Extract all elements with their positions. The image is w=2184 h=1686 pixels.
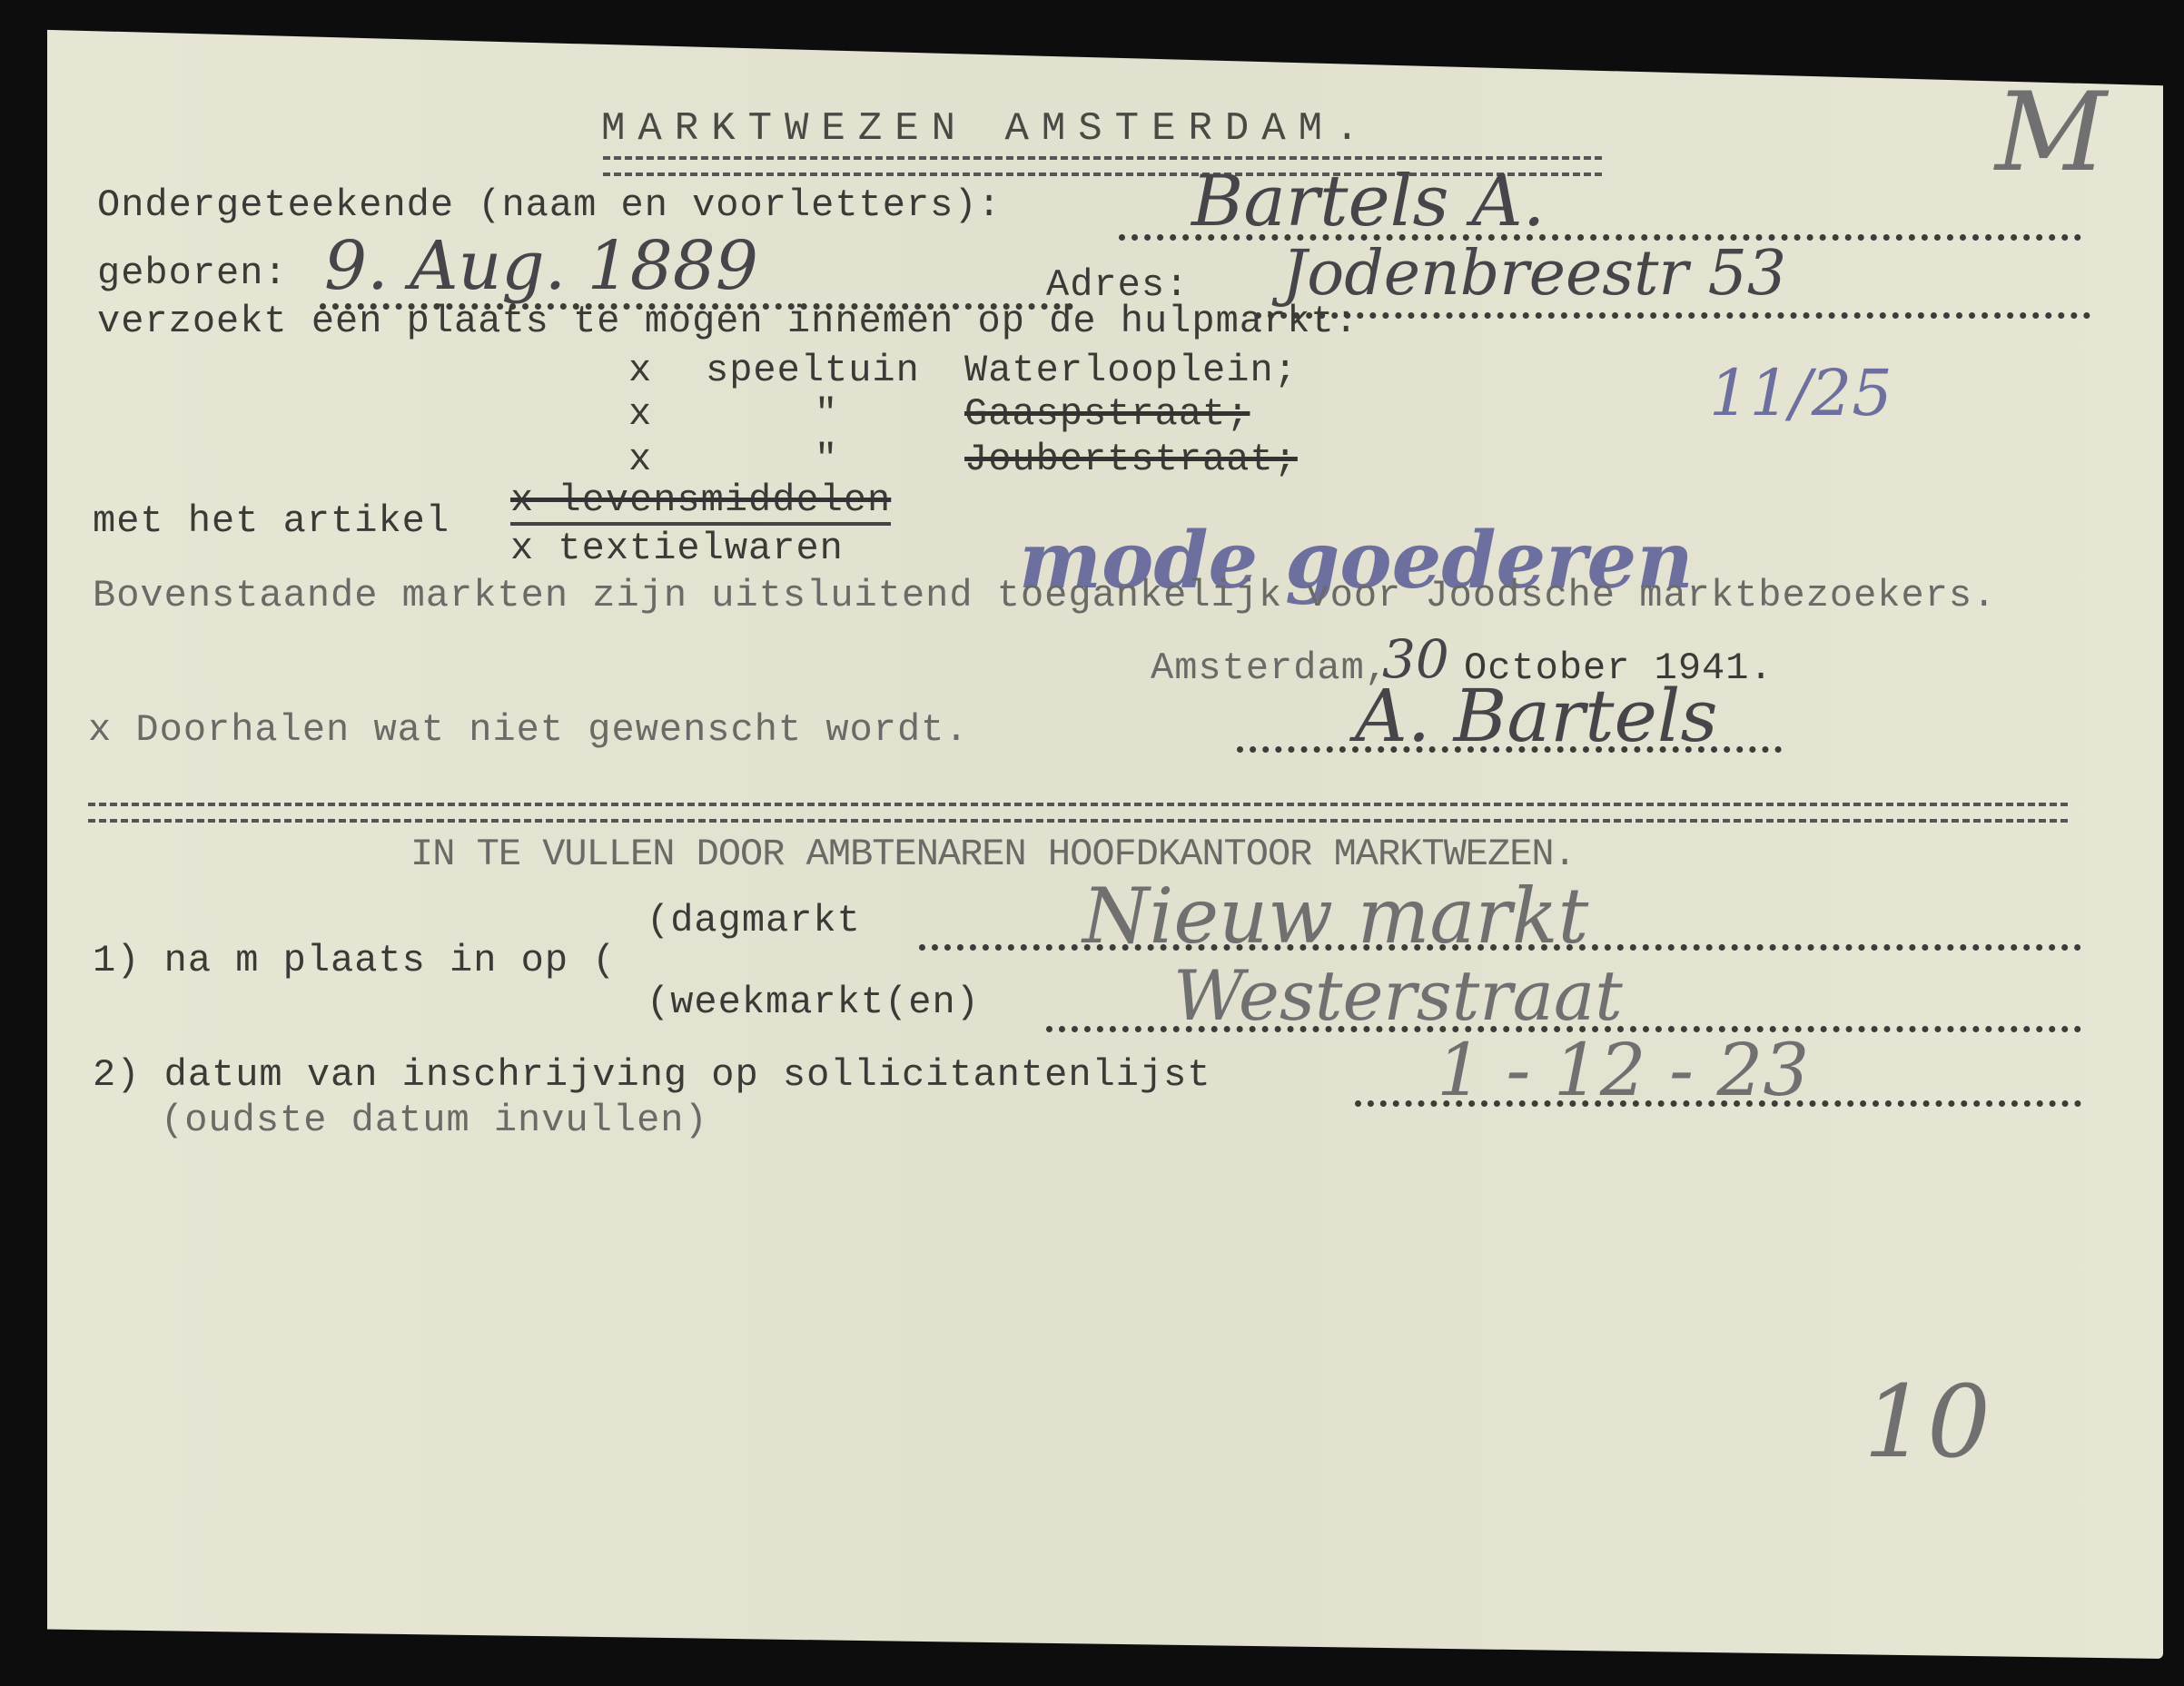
- place-label: Amsterdam,: [1151, 646, 1388, 690]
- market-mark-3: x: [628, 438, 652, 481]
- born-value: 9. Aug. 1889: [324, 227, 758, 305]
- office-heading: IN TE VULLEN DOOR AMBTENAREN HOOFDKANTOO…: [410, 833, 1576, 876]
- born-label: geboren:: [97, 251, 288, 295]
- name-value: Bartels A.: [1191, 161, 1546, 242]
- article-label: met het artikel: [93, 499, 450, 543]
- margin-note-blue: 11/25: [1709, 356, 1892, 430]
- footnote: x Doorhalen wat niet gewenscht wordt.: [88, 708, 969, 752]
- item2-value: 1 - 12 - 23: [1437, 1028, 1809, 1112]
- section-divider: [88, 803, 2068, 823]
- address-dots: [1255, 312, 2090, 319]
- market-name-3: Joubertstraat;: [964, 438, 1298, 481]
- market-mark-1: x: [628, 349, 652, 392]
- document-card: MARKTWEZEN AMSTERDAM. M Ondergeteekende …: [47, 20, 2163, 1659]
- weekmarkt-label: (weekmarkt(en): [647, 981, 980, 1024]
- page-number: 10: [1863, 1364, 1991, 1480]
- article-option-1: x levensmiddelen: [510, 478, 891, 526]
- weekmarkt-value: Westerstraat: [1173, 955, 1623, 1036]
- market-prefix-3: ": [815, 438, 838, 481]
- market-name-1: Waterlooplein;: [964, 349, 1298, 392]
- notice-text: Bovenstaande markten zijn uitsluitend to…: [93, 574, 1996, 617]
- market-mark-2: x: [628, 392, 652, 436]
- market-name-2: Gaaspstraat;: [964, 392, 1250, 436]
- market-prefix-1: speeltuin: [706, 349, 920, 392]
- name-label: Ondergeteekende (naam en voorletters):: [97, 183, 1002, 227]
- dagmarkt-value: Nieuw markt: [1082, 872, 1588, 961]
- corner-mark: M: [1995, 70, 2107, 196]
- item1-label: 1) na m plaats in op (: [93, 939, 617, 982]
- market-prefix-2: ": [815, 392, 838, 436]
- signature: A. Bartels: [1355, 674, 1718, 758]
- document-title: MARKTWEZEN AMSTERDAM.: [601, 106, 1372, 152]
- article-option-2: x textielwaren: [510, 527, 844, 570]
- request-line: verzoekt een plaats te mogen innemen op …: [97, 300, 1359, 343]
- item2-sublabel: (oudste datum invullen): [161, 1099, 708, 1142]
- item2-label: 2) datum van inschrijving op sollicitant…: [93, 1053, 1211, 1097]
- dagmarkt-label: (dagmarkt: [647, 899, 861, 942]
